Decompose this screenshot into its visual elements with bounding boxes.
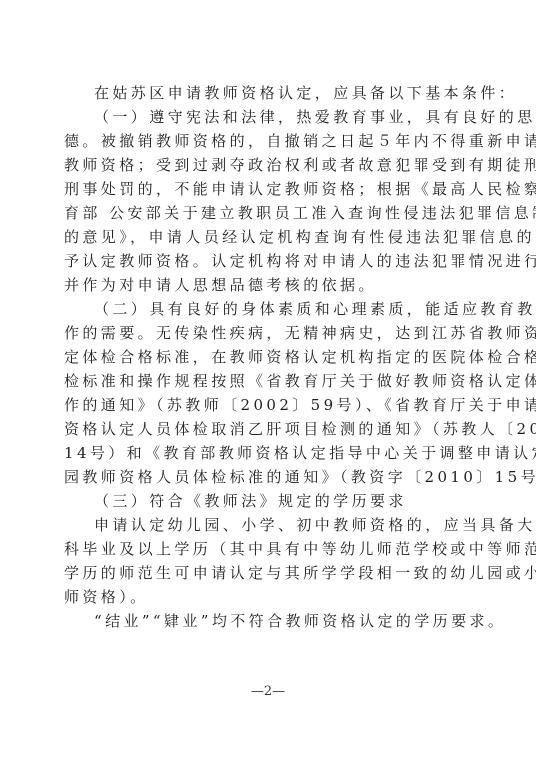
- condition-1-line: 德。被撤销教师资格的，自撤销之日起５年内不得重新申请认定: [64, 129, 474, 153]
- condition-2-line: （二）具有良好的身体素质和心理素质，能适应教育教学工: [64, 297, 474, 321]
- condition-1-line: 的意见》，申请人员经认定机构查询有性侵违法犯罪信息的，不: [64, 225, 474, 249]
- page-number: —2—: [0, 684, 536, 699]
- condition-2-line: 检标准和操作规程按照《省教育厅关于做好教师资格认定体检工: [64, 369, 474, 393]
- condition-3-line: 科毕业及以上学历（其中具有中等幼儿师范学校或中等师范学校: [64, 537, 474, 561]
- intro-line: 在姑苏区申请教师资格认定，应具备以下基本条件：: [64, 81, 474, 105]
- condition-2-line: 14号）和《教育部教师资格认定指导中心关于调整申请认定幼儿: [64, 441, 474, 465]
- condition-1-line: 刑事处罚的，不能申请认定教师资格；根据《最高人民检察院 教: [64, 177, 474, 201]
- document-body: 在姑苏区申请教师资格认定，应具备以下基本条件： （一）遵守宪法和法律，热爱教育事…: [64, 81, 474, 633]
- condition-1-line: 育部 公安部关于建立教职员工准入查询性侵违法犯罪信息制度: [64, 201, 474, 225]
- condition-3-line: 学历的师范生可申请认定与其所学学段相一致的幼儿园或小学教: [64, 561, 474, 585]
- condition-2-line: 定体检合格标准，在教师资格认定机构指定的医院体检合格。体: [64, 345, 474, 369]
- condition-1-line: 教师资格；受到过剥夺政治权利或者故意犯罪受到有期徒刑以上: [64, 153, 474, 177]
- condition-2-line: 作的通知》（苏教师〔2002〕59号）、《省教育厅关于申请教师: [64, 393, 474, 417]
- condition-3-note: “结业”“肄业”均不符合教师资格认定的学历要求。: [64, 609, 474, 633]
- condition-2-line: 园教师资格人员体检标准的通知》（教资字〔2010〕15号）执行。: [64, 465, 474, 489]
- condition-3-line: 师资格）。: [64, 585, 474, 609]
- document-page: 在姑苏区申请教师资格认定，应具备以下基本条件： （一）遵守宪法和法律，热爱教育事…: [0, 0, 536, 758]
- condition-1-line: （一）遵守宪法和法律，热爱教育事业，具有良好的思想品: [64, 105, 474, 129]
- condition-1-line: 并作为对申请人思想品德考核的依据。: [64, 273, 474, 297]
- condition-3-line: 申请认定幼儿园、小学、初中教师资格的，应当具备大学专: [64, 513, 474, 537]
- condition-2-line: 作的需要。无传染性疾病，无精神病史，达到江苏省教师资格认: [64, 321, 474, 345]
- condition-3-heading: （三）符合《教师法》规定的学历要求: [64, 489, 474, 513]
- condition-2-line: 资格认定人员体检取消乙肝项目检测的通知》（苏教人〔2010〕: [64, 417, 474, 441]
- condition-1-line: 予认定教师资格。认定机构将对申请人的违法犯罪情况进行核查，: [64, 249, 474, 273]
